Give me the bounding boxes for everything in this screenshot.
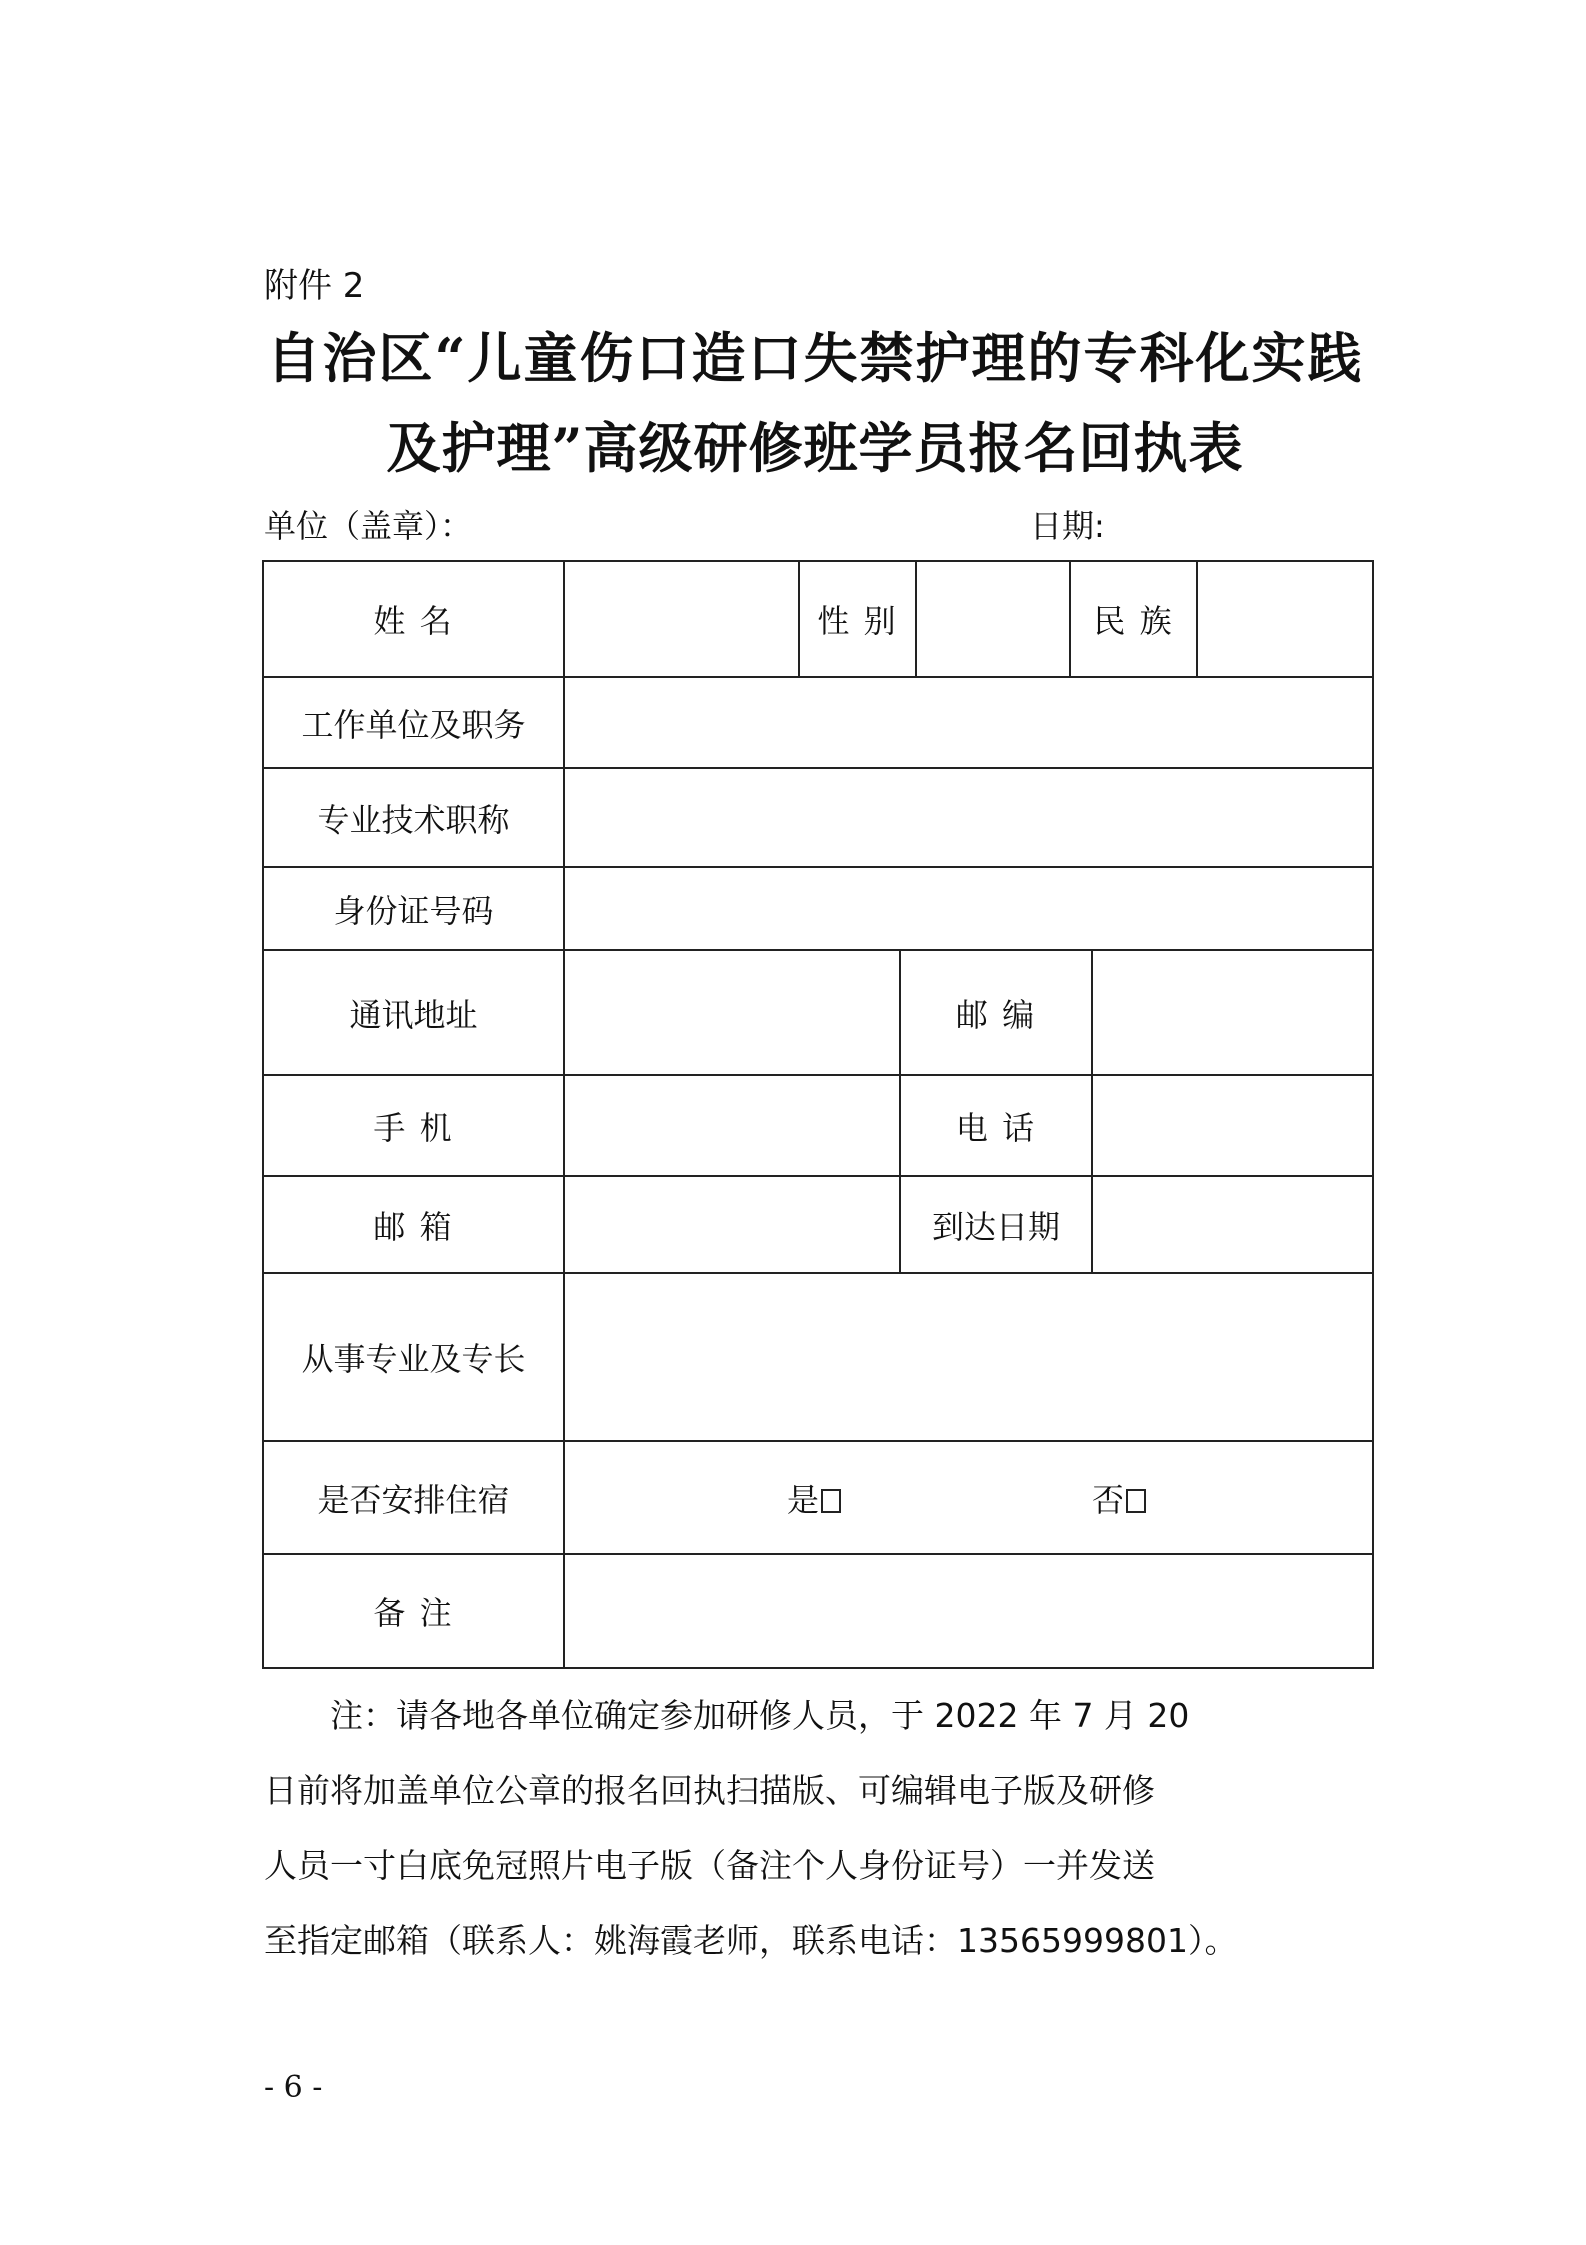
gender-field[interactable] <box>915 560 1071 678</box>
phone-field[interactable] <box>1091 1074 1374 1177</box>
remarks-field[interactable] <box>563 1553 1374 1669</box>
gender-label: 性 别 <box>798 560 917 678</box>
date-label: 日期: <box>1030 506 1105 546</box>
lodging-options: 是 否 <box>563 1440 1374 1555</box>
page-number: - 6 - <box>264 2070 322 2105</box>
professional-title-field[interactable] <box>563 767 1374 868</box>
work-unit-field[interactable] <box>563 676 1374 769</box>
lodging-no-checkbox[interactable] <box>1126 1489 1146 1513</box>
mobile-label: 手 机 <box>262 1074 565 1177</box>
form-title-line-1: 自治区“儿童伤口造口失禁护理的专科化实践 <box>250 326 1380 390</box>
name-label: 姓 名 <box>262 560 565 678</box>
specialty-field[interactable] <box>563 1272 1374 1442</box>
arrival-date-label: 到达日期 <box>899 1175 1093 1274</box>
lodging-no-option[interactable]: 否 <box>1092 1442 1146 1553</box>
lodging-no-label: 否 <box>1092 1475 1124 1521</box>
name-field[interactable] <box>563 560 800 678</box>
remarks-label: 备 注 <box>262 1553 565 1669</box>
submission-note: 注：请各地各单位确定参加研修人员，于 2022 年 7 月 20 日前将加盖单位… <box>264 1678 1374 1978</box>
lodging-yes-label: 是 <box>787 1475 819 1521</box>
specialty-label: 从事专业及专长 <box>262 1272 565 1442</box>
form-title-line-2: 及护理”高级研修班学员报名回执表 <box>250 416 1380 480</box>
note-line-2: 日前将加盖单位公章的报名回执扫描版、可编辑电子版及研修 <box>264 1753 1374 1828</box>
address-field[interactable] <box>563 949 901 1076</box>
postcode-label: 邮 编 <box>899 949 1093 1076</box>
note-line-3: 人员一寸白底免冠照片电子版（备注个人身份证号）一并发送 <box>264 1828 1374 1903</box>
arrival-date-field[interactable] <box>1091 1175 1374 1274</box>
note-line-4: 至指定邮箱（联系人：姚海霞老师，联系电话：13565999801）。 <box>264 1903 1374 1978</box>
ethnicity-label: 民 族 <box>1069 560 1198 678</box>
ethnicity-field[interactable] <box>1196 560 1374 678</box>
attachment-label: 附件 2 <box>264 266 364 306</box>
professional-title-label: 专业技术职称 <box>262 767 565 868</box>
email-field[interactable] <box>563 1175 901 1274</box>
unit-seal-label: 单位（盖章）： <box>264 506 472 546</box>
lodging-label: 是否安排住宿 <box>262 1440 565 1555</box>
postcode-field[interactable] <box>1091 949 1374 1076</box>
work-unit-label: 工作单位及职务 <box>262 676 565 769</box>
lodging-yes-checkbox[interactable] <box>821 1489 841 1513</box>
address-label: 通讯地址 <box>262 949 565 1076</box>
phone-label: 电 话 <box>899 1074 1093 1177</box>
note-line-1: 注：请各地各单位确定参加研修人员，于 2022 年 7 月 20 <box>264 1678 1374 1753</box>
email-label: 邮 箱 <box>262 1175 565 1274</box>
id-number-field[interactable] <box>563 866 1374 951</box>
mobile-field[interactable] <box>563 1074 901 1177</box>
lodging-yes-option[interactable]: 是 <box>787 1442 841 1553</box>
id-number-label: 身份证号码 <box>262 866 565 951</box>
